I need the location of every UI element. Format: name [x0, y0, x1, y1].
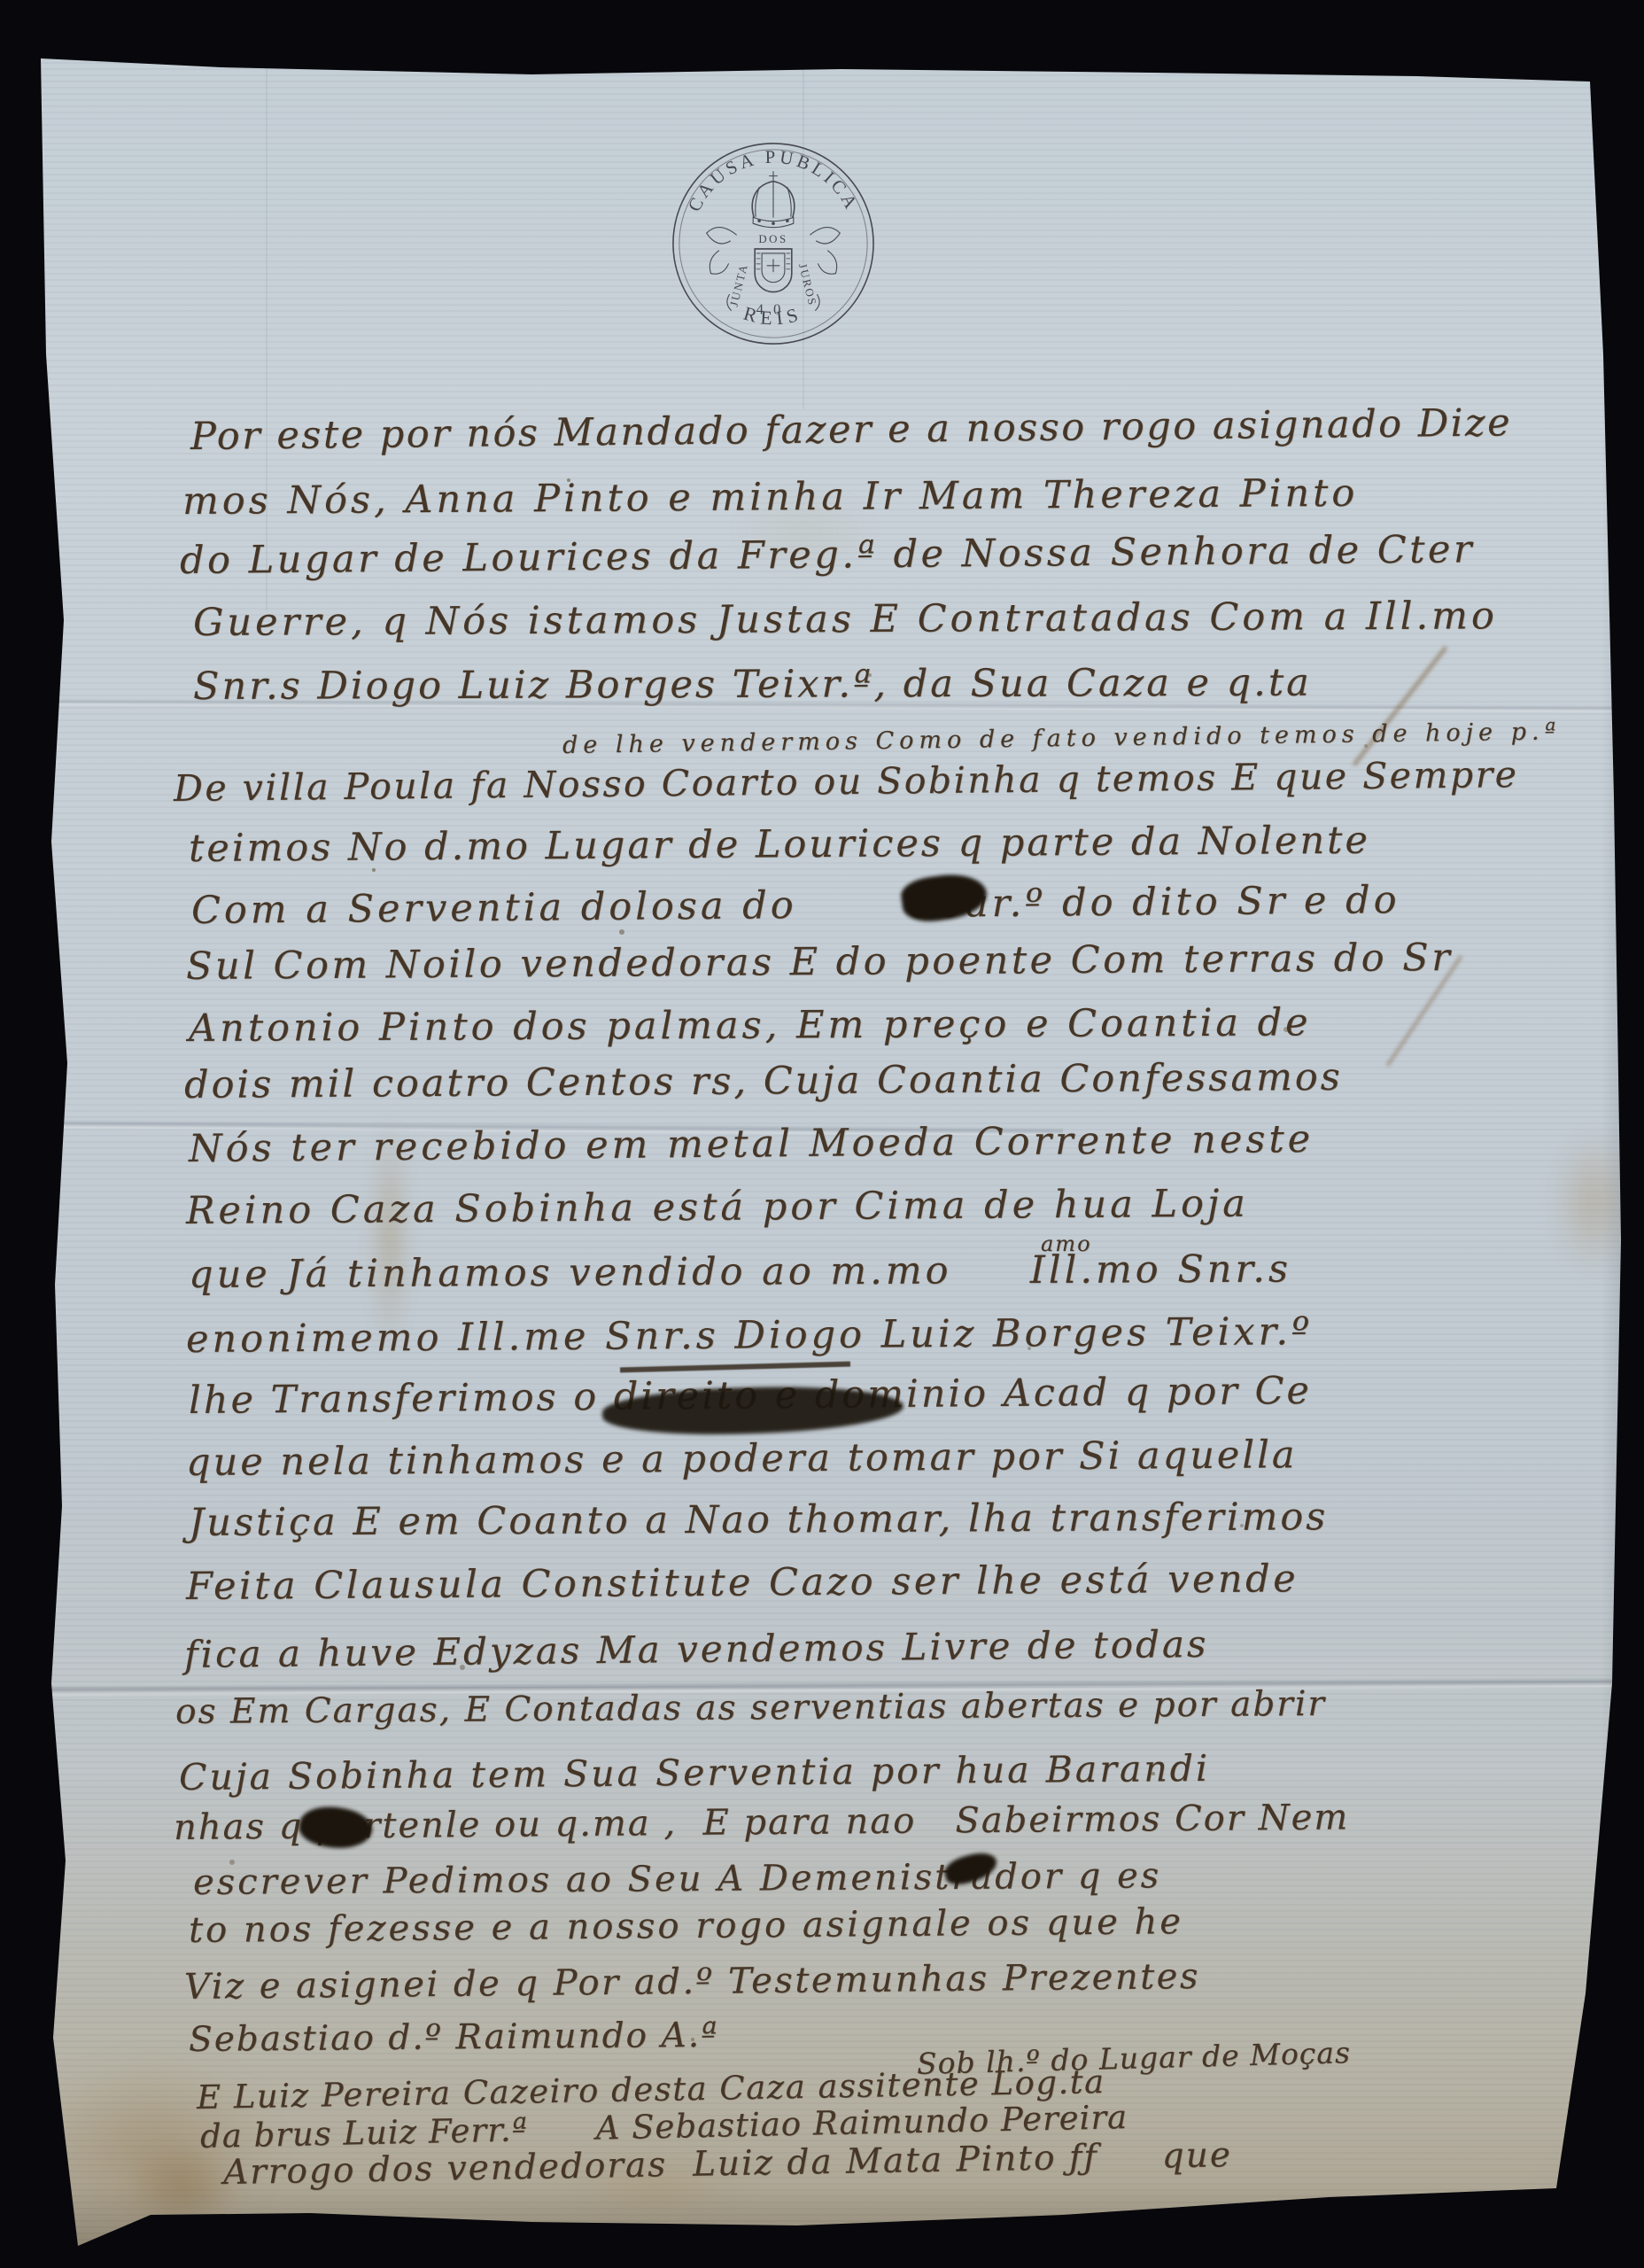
manuscript-line: Reino Caza Sobinha está por Cima de hua … — [186, 1182, 1249, 1233]
manuscript-line: mos Nós, Anna Pinto e minha Ir Mam There… — [182, 471, 1359, 524]
manuscript-line: Guerre, q Nós istamos Justas E Contratad… — [193, 594, 1498, 645]
photograph-background: CAUSA PUBLICA REIS — [0, 0, 1644, 2268]
manuscript-line: to nos fezesse e a nosso rogo asignale o… — [189, 1901, 1183, 1951]
manuscript-line: Cuja Sobinha tem Sua Serventia por hua B… — [179, 1747, 1210, 1798]
manuscript-line: os Em Cargas, E Contadas as serventias a… — [175, 1684, 1326, 1732]
seal-junta-text: JUNTA — [728, 262, 751, 308]
manuscript-line: Feita Clausula Constitute Cazo ser lhe e… — [186, 1557, 1299, 1609]
manuscript-line: Antonio Pinto dos palmas, Em preço e Coa… — [189, 1000, 1312, 1051]
manuscript-line: escrever Pedimos ao Seu A Demenistrador … — [193, 1855, 1162, 1903]
manuscript-line: Justiça E em Coanto a Nao thomar, lha tr… — [189, 1495, 1329, 1545]
manuscript-line: que nela tinhamos e a podera tomar por S… — [186, 1433, 1298, 1485]
manuscript-line: Sul Com Noilo vendedoras E do poente Com… — [186, 936, 1454, 989]
crown-icon — [752, 172, 794, 228]
manuscript-line: enonimemo Ill.me Snr.s Diogo Luiz Borges… — [186, 1309, 1314, 1362]
manuscript-line: que Já tinhamos vendido ao m.mo Ill.mo S… — [189, 1247, 1291, 1297]
manuscript-page: CAUSA PUBLICA REIS — [0, 0, 1644, 2268]
manuscript-line: dois mil coatro Centos rs, Cuja Coantia … — [184, 1055, 1343, 1107]
manuscript-line: teimos No d.mo Lugar de Lourices q parte… — [189, 819, 1370, 871]
manuscript-line: Snr.s Diogo Luiz Borges Teixr.ª, da Sua … — [193, 661, 1312, 709]
seal-juros-text: JUROS — [796, 262, 819, 307]
seal-dos-text: DOS — [758, 233, 787, 245]
revenue-stamp-seal: CAUSA PUBLICA REIS — [668, 138, 879, 349]
shield-icon — [755, 249, 792, 292]
manuscript-line: Sebastiao d.º Raimundo A.ª — [189, 2016, 719, 2060]
seal-value-text: 40 — [756, 300, 791, 317]
